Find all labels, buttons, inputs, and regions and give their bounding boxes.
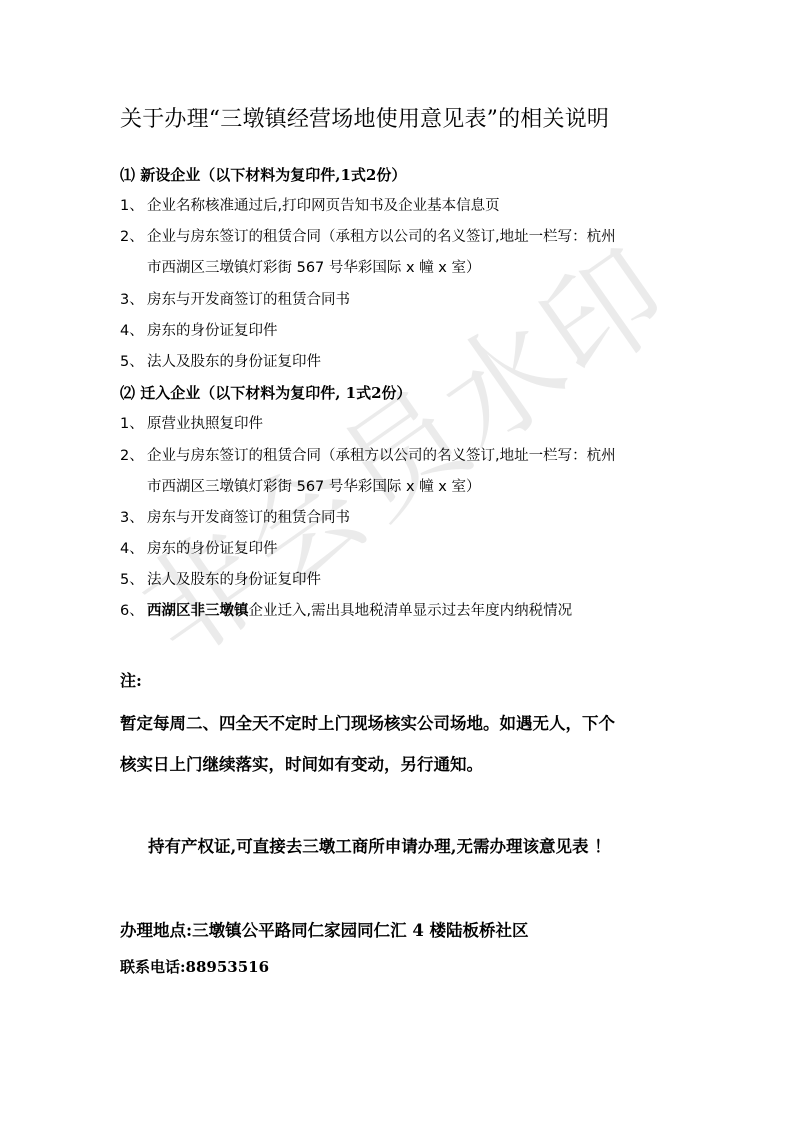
item-continuation: 市西湖区三墩镇灯彩街 567 号华彩国际 x 幢 x 室） (147, 477, 481, 497)
list-item: 1、原营业执照复印件 (120, 414, 263, 434)
list-item: 4、房东的身份证复印件 (120, 539, 278, 559)
list-item: 6、西湖区非三墩镇企业迁入,需出具地税清单显示过去年度内纳税情况 (120, 601, 572, 621)
item-text: 法人及股东的身份证复印件 (147, 572, 321, 588)
item-number: 1、 (120, 196, 147, 216)
item-number: 3、 (120, 508, 147, 528)
note-line: 暂定每周二、四全天不定时上门现场核实公司场地。如遇无人，下个 (120, 710, 615, 734)
item-text: 企业与房东签订的租赁合同（承租方以公司的名义签订,地址一栏写：杭州 (147, 448, 616, 464)
item-text: 房东与开发商签订的租赁合同书 (147, 510, 350, 526)
list-item: 2、企业与房东签订的租赁合同（承租方以公司的名义签订,地址一栏写：杭州 (120, 227, 616, 247)
list-item: 3、房东与开发商签订的租赁合同书 (120, 508, 350, 528)
note-line: 核实日上门继续落实，时间如有变动，另行通知。 (120, 751, 483, 775)
item-text: 企业与房东签订的租赁合同（承租方以公司的名义签订,地址一栏写：杭州 (147, 229, 616, 245)
item-text: 房东的身份证复印件 (147, 541, 278, 557)
item-number: 2、 (120, 446, 147, 466)
item-text: 企业名称核准通过后,打印网页告知书及企业基本信息页 (147, 198, 500, 214)
list-item: 3、房东与开发商签订的租赁合同书 (120, 290, 350, 310)
list-item: 2、企业与房东签订的租赁合同（承租方以公司的名义签订,地址一栏写：杭州 (120, 446, 616, 466)
office-address: 办理地点:三墩镇公平路同仁家园同仁汇 4 楼陆板桥社区 (120, 917, 529, 941)
list-item: 4、房东的身份证复印件 (120, 321, 278, 341)
item-bold-prefix: 西湖区非三墩镇 (147, 603, 249, 619)
list-item: 1、企业名称核准通过后,打印网页告知书及企业基本信息页 (120, 196, 500, 216)
item-text: 房东与开发商签订的租赁合同书 (147, 292, 350, 308)
item-number: 1、 (120, 414, 147, 434)
list-item: 5、法人及股东的身份证复印件 (120, 352, 321, 372)
document-page: 关于办理“三墩镇经营场地使用意见表”的相关说明 ⑴ 新设企业（以下材料为复印件,… (0, 0, 793, 1122)
item-number: 4、 (120, 539, 147, 559)
item-number: 3、 (120, 290, 147, 310)
item-number: 5、 (120, 570, 147, 590)
property-certificate-notice: 持有产权证,可直接去三墩工商所申请办理,无需办理该意见表 ！ (148, 833, 611, 857)
contact-phone: 联系电话:88953516 (120, 956, 269, 977)
item-text: 企业迁入,需出具地税清单显示过去年度内纳税情况 (249, 603, 573, 619)
item-number: 5、 (120, 352, 147, 372)
note-label: 注: (120, 668, 142, 691)
section-heading-relocated-company: ⑵ 迁入企业（以下材料为复印件, 1式2份） (120, 383, 412, 403)
item-text: 房东的身份证复印件 (147, 323, 278, 339)
item-number: 4、 (120, 321, 147, 341)
item-continuation: 市西湖区三墩镇灯彩街 567 号华彩国际 x 幢 x 室） (147, 258, 481, 278)
list-item: 5、法人及股东的身份证复印件 (120, 570, 321, 590)
item-text: 法人及股东的身份证复印件 (147, 354, 321, 370)
section-heading-new-company: ⑴ 新设企业（以下材料为复印件,1式2份） (120, 165, 406, 185)
item-number: 6、 (120, 601, 147, 621)
item-number: 2、 (120, 227, 147, 247)
document-title: 关于办理“三墩镇经营场地使用意见表”的相关说明 (120, 102, 609, 133)
item-text: 原营业执照复印件 (147, 416, 263, 432)
